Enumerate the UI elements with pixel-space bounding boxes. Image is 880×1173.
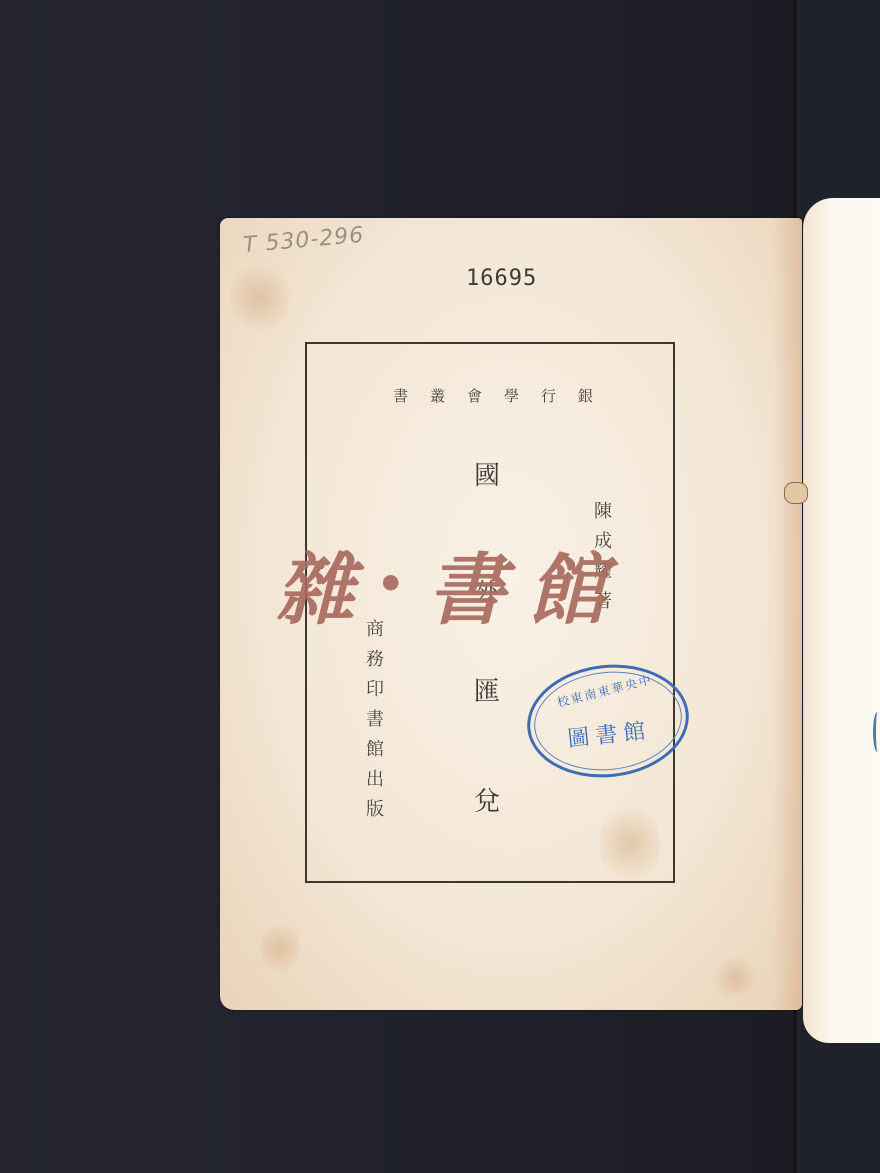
publisher-char: 書 [366,705,384,735]
publisher-line: 商 務 印 書 館 出 版 [366,615,384,825]
title-char: 兌 [474,781,500,807]
series-char: 行 [541,385,556,406]
stamp-fragment-next-page [873,712,880,752]
next-page-edge [803,198,880,1043]
title-char: 匯 [474,671,500,697]
watermark-char: 雜 [276,528,354,640]
series-char: 銀 [578,385,593,406]
watermark-char: 書 [427,528,505,640]
watermark-dot: • [377,559,405,610]
series-char: 叢 [430,385,445,406]
series-title: 銀 行 學 會 叢 書 [393,385,593,406]
watermark-char: 館 [528,528,606,640]
author-char: 陳 [594,497,612,527]
series-char: 書 [393,385,408,406]
watermark-overlay: 雜 • 書 館 [276,528,606,640]
series-char: 學 [504,385,519,406]
stamp-center-text: 圖書館 [530,710,688,757]
torn-paper-tab [784,482,808,504]
title-char: 國 [474,455,500,481]
publisher-char: 印 [366,675,384,705]
publisher-char: 版 [366,795,384,825]
publisher-char: 出 [366,765,384,795]
series-char: 會 [467,385,482,406]
publisher-char: 館 [366,735,384,765]
publisher-char: 務 [366,645,384,675]
accession-number: 16695 [466,266,537,291]
